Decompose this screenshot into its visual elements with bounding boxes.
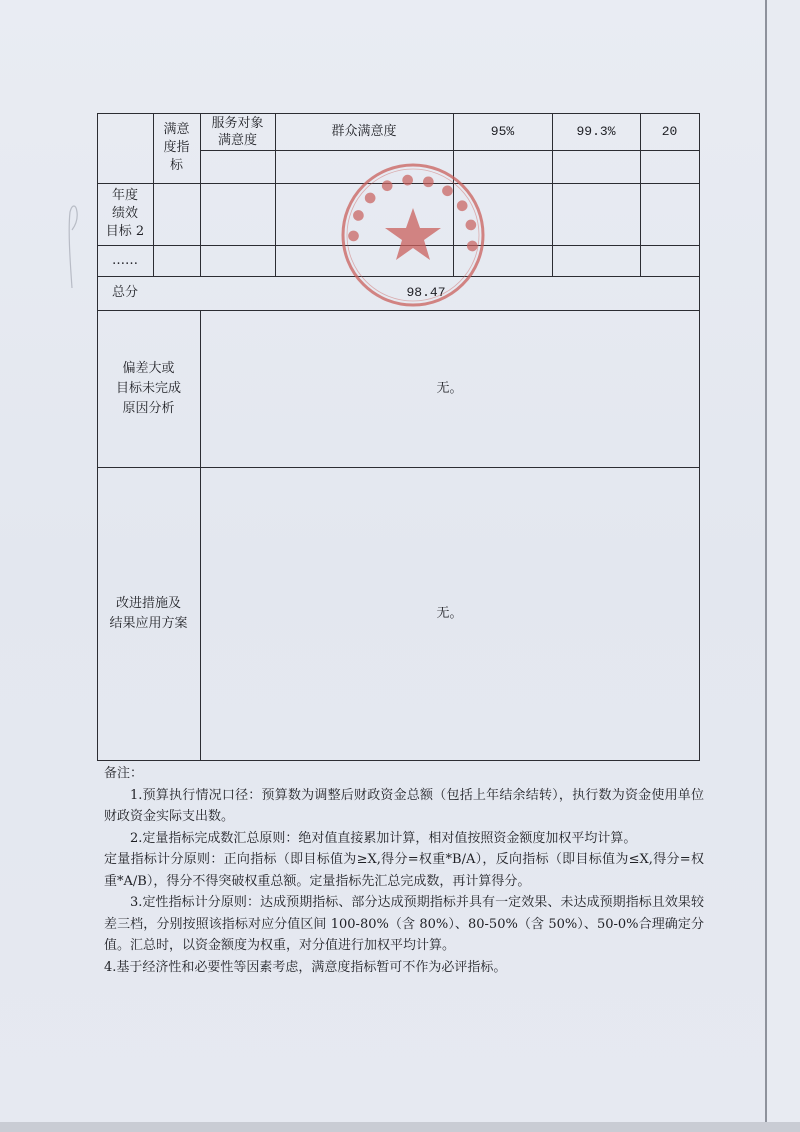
ellipsis-cell: ……	[97, 245, 153, 276]
target-value-cell: 95%	[453, 113, 552, 150]
improvement-line: 改进措施及	[116, 594, 181, 614]
total-label-cell: 总分	[97, 276, 153, 310]
pencil-mark-icon	[62, 200, 82, 290]
deviation-line: 原因分析	[122, 399, 174, 419]
deviation-value-cell: 无。	[200, 310, 699, 467]
note-item: 2.定量指标完成数汇总原则：绝对值直接累加计算，相对值按照资金额度加权平均计算。	[104, 828, 704, 850]
notes-section: 备注： 1.预算执行情况口径：预算数为调整后财政资金总额（包括上年结余结转），执…	[104, 763, 704, 978]
score-cell: 20	[640, 113, 699, 150]
improvement-label-cell: 改进措施及 结果应用方案	[97, 467, 200, 760]
satisfaction-category-cell: 满意 度指 标	[153, 113, 200, 183]
deviation-line: 目标未完成	[116, 379, 181, 399]
note-item: 3.定性指标计分原则：达成预期指标、部分达成预期指标并具有一定效果、未达成预期指…	[104, 892, 704, 957]
subcategory-cell: 服务对象 满意度	[200, 113, 275, 150]
note-item: 定量指标计分原则：正向指标（即目标值为≥X,得分=权重*B/A），反向指标（即目…	[104, 849, 704, 892]
category-line: 满意	[163, 121, 189, 139]
page-edge	[767, 0, 800, 1132]
subcategory-line: 服务对象	[211, 115, 263, 132]
page-edge-line	[765, 0, 767, 1132]
total-value-cell: 98.47	[153, 276, 699, 310]
actual-value-cell: 99.3%	[552, 113, 640, 150]
improvement-value-cell: 无。	[200, 467, 699, 760]
goal2-line: 绩效	[112, 205, 138, 223]
indicator-cell: 群众满意度	[275, 113, 453, 150]
note-item: 1.预算执行情况口径：预算数为调整后财政资金总额（包括上年结余结转），执行数为资…	[104, 785, 704, 828]
category-line: 度指	[163, 139, 189, 157]
note-item: 4.基于经济性和必要性等因素考虑，满意度指标暂可不作为必评指标。	[104, 957, 704, 979]
page-bottom-shadow	[0, 1122, 800, 1132]
goal2-line: 年度	[112, 187, 138, 205]
goal2-line: 目标 2	[106, 223, 144, 241]
subcategory-line: 满意度	[218, 132, 257, 149]
notes-title: 备注：	[104, 763, 704, 785]
deviation-line: 偏差大或	[122, 359, 174, 379]
goal2-label-cell: 年度 绩效 目标 2	[97, 183, 153, 245]
improvement-line: 结果应用方案	[109, 614, 187, 634]
deviation-label-cell: 偏差大或 目标未完成 原因分析	[97, 310, 200, 467]
category-line: 标	[170, 157, 183, 175]
